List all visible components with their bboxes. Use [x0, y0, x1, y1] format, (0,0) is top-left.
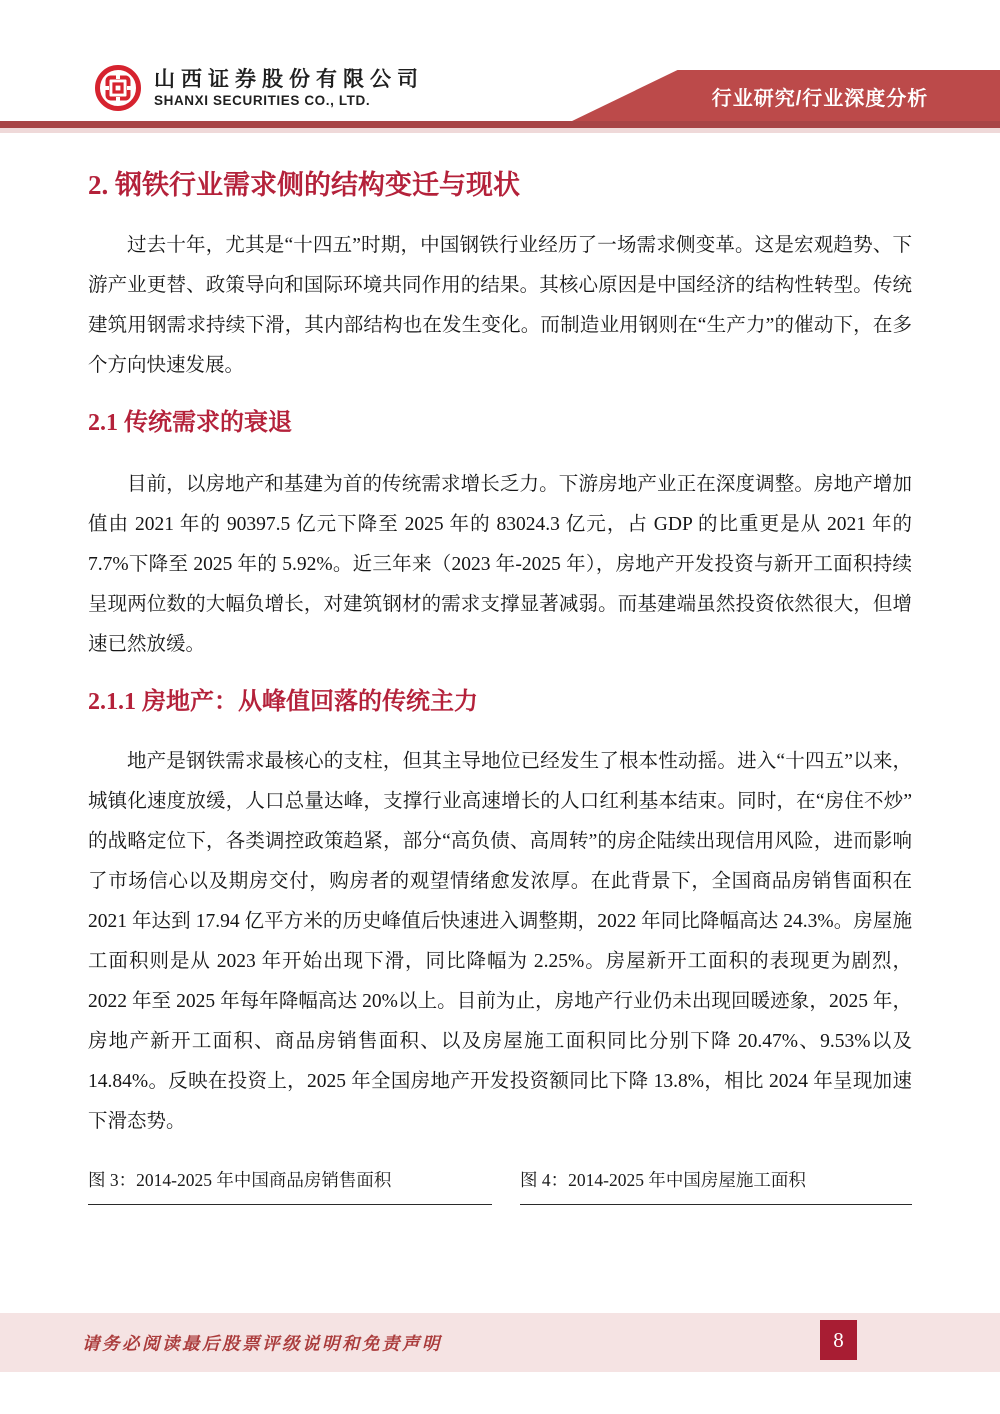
- paragraph-intro: 过去十年，尤其是“十四五”时期，中国钢铁行业经历了一场需求侧变革。这是宏观趋势、…: [88, 226, 912, 386]
- subsubsection-heading: 2.1.1 房地产：从峰值回落的传统主力: [88, 681, 912, 716]
- company-name-block: 山西证券股份有限公司 SHANXI SECURITIES CO., LTD.: [154, 68, 424, 107]
- document-body: 2. 钢铁行业需求侧的结构变迁与现状 过去十年，尤其是“十四五”时期，中国钢铁行…: [88, 163, 912, 1205]
- page-number-badge: 8: [820, 1320, 857, 1360]
- figure-caption-row: 图 3：2014-2025 年中国商品房销售面积 图 4：2014-2025 年…: [88, 1168, 912, 1205]
- report-page: 山西证券股份有限公司 SHANXI SECURITIES CO., LTD. 行…: [0, 0, 1000, 1414]
- company-logo-icon: [94, 64, 142, 112]
- footer-disclaimer: 请务必阅读最后股票评级说明和免责声明: [82, 1330, 442, 1355]
- report-type-banner: 行业研究/行业深度分析: [570, 70, 1000, 122]
- header-rule-pink: [0, 128, 1000, 133]
- page-footer: 请务必阅读最后股票评级说明和免责声明 8: [0, 1313, 1000, 1372]
- paragraph-traditional-demand: 目前，以房地产和基建为首的传统需求增长乏力。下游房地产业正在深度调整。房地产增加…: [88, 465, 912, 665]
- figure3-caption: 图 3：2014-2025 年中国商品房销售面积: [88, 1168, 492, 1205]
- subsection-heading: 2.1 传统需求的衰退: [88, 402, 912, 437]
- paragraph-real-estate: 地产是钢铁需求最核心的支柱，但其主导地位已经发生了根本性动摇。进入“十四五”以来…: [88, 742, 912, 1142]
- company-name-cn: 山西证券股份有限公司: [154, 68, 424, 92]
- page-header: 山西证券股份有限公司 SHANXI SECURITIES CO., LTD. 行…: [0, 0, 1000, 133]
- figure4-caption: 图 4：2014-2025 年中国房屋施工面积: [520, 1168, 912, 1205]
- header-rule-dark: [0, 121, 1000, 128]
- section-heading: 2. 钢铁行业需求侧的结构变迁与现状: [88, 163, 912, 202]
- company-identity: 山西证券股份有限公司 SHANXI SECURITIES CO., LTD.: [94, 64, 424, 112]
- company-name-en: SHANXI SECURITIES CO., LTD.: [154, 93, 424, 108]
